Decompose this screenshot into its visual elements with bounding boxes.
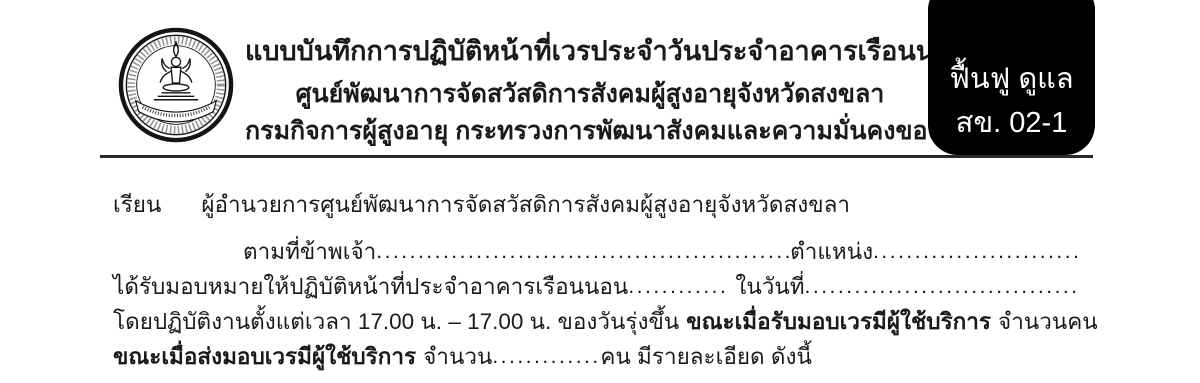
document-header: แบบบันทึกการปฏิบัติหน้าที่เวรประจำวันประ… bbox=[245, 26, 935, 150]
position-blank-field: ........................................… bbox=[873, 240, 1080, 264]
badge-form-code: สข. 02-1 bbox=[956, 101, 1068, 145]
badge-program-label: ฟื้นฟู ดูแล bbox=[949, 57, 1073, 101]
intro-prefix: ตามที่ข้าพเจ้า bbox=[243, 233, 376, 269]
assignment-line: ได้รับมอบหมายให้ปฏิบัติหน้าที่ประจำอาคาร… bbox=[113, 268, 1080, 303]
handover-suffix-text: คน มีรายละเอียด ดังนี้ bbox=[600, 338, 812, 374]
handover-count-blank-field: ........................................… bbox=[492, 345, 600, 369]
org-name-line: ศูนย์พัฒนาการจัดสวัสดิการสังคมผู้สูงอายุ… bbox=[245, 76, 935, 112]
seal-graphic bbox=[117, 24, 235, 146]
name-blank-field: ........................................… bbox=[376, 240, 790, 264]
header-divider bbox=[100, 155, 1093, 158]
building-blank-field: ........................................… bbox=[628, 275, 728, 299]
handover-count-label: จำนวน bbox=[416, 338, 492, 374]
ministry-seal-logo bbox=[117, 24, 235, 146]
position-label: ตำแหน่ง bbox=[790, 233, 873, 269]
form-code-badge: ฟื้นฟู ดูแล สข. 02-1 bbox=[928, 0, 1095, 155]
document-body: เรียน ผู้อำนวยการศูนย์พัฒนาการจัดสวัสดิก… bbox=[113, 186, 1080, 373]
handover-line: ขณะเมื่อส่งมอบเวรมีผู้ใช้บริการ จำนวน ..… bbox=[113, 338, 1080, 373]
shift-line: โดยปฏิบัติงานตั้งแต่เวลา 17.00 น. – 17.0… bbox=[113, 303, 1080, 338]
recipient-text: ผู้อำนวยการศูนย์พัฒนาการจัดสวัสดิการสังค… bbox=[201, 186, 850, 222]
assignment-prefix: ได้รับมอบหมายให้ปฏิบัติหน้าที่ประจำอาคาร… bbox=[113, 268, 628, 304]
shift-hours-text: โดยปฏิบัติงานตั้งแต่เวลา 17.00 น. – 17.0… bbox=[113, 303, 679, 339]
date-label: ในวันที่ bbox=[728, 268, 804, 304]
salutation-line: เรียน ผู้อำนวยการศูนย์พัฒนาการจัดสวัสดิก… bbox=[113, 186, 1080, 221]
handover-bold-text: ขณะเมื่อส่งมอบเวรมีผู้ใช้บริการ bbox=[113, 338, 416, 374]
intro-line: ตามที่ข้าพเจ้า .........................… bbox=[113, 233, 1080, 268]
receive-shift-bold-text: ขณะเมื่อรับมอบเวรมีผู้ใช้บริการ bbox=[679, 303, 991, 339]
salutation-label: เรียน bbox=[113, 186, 161, 222]
department-ministry-line: กรมกิจการผู้สูงอายุ กระทรวงการพัฒนาสังคม… bbox=[245, 112, 935, 150]
receive-count-unit: คน bbox=[1067, 303, 1097, 339]
receive-count-label: จำนวน bbox=[991, 303, 1067, 339]
document-page: แบบบันทึกการปฏิบัติหน้าที่เวรประจำวันประ… bbox=[0, 0, 1200, 383]
document-title: แบบบันทึกการปฏิบัติหน้าที่เวรประจำวันประ… bbox=[245, 26, 935, 76]
date-blank-field: ........................................… bbox=[805, 275, 1080, 299]
